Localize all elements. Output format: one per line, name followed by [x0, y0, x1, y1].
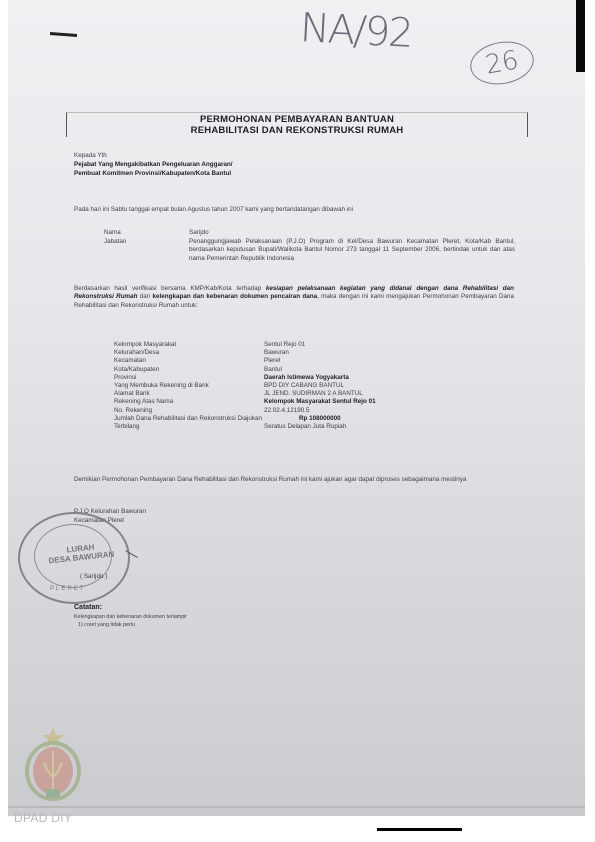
detail-value: Sentul Rejo 01	[264, 341, 305, 348]
notes-line-2: 1) coret yang tidak perlu	[78, 621, 135, 629]
signatory-name: ( Sarijdo )	[80, 573, 107, 581]
official-stamp: LURAHDESA BAWURAN PLERET	[18, 512, 130, 604]
detail-value: Pleret	[264, 357, 280, 364]
name-label: Nama	[104, 229, 121, 237]
binder-tab	[576, 0, 585, 72]
detail-label: No. Rekening	[114, 407, 152, 414]
detail-label: Rekening Atas Nama	[114, 398, 173, 405]
handwritten-code: NA/92	[299, 5, 413, 57]
detail-value: Seratus Delapan Juta Rupiah	[264, 423, 346, 430]
scanned-page: NA/92 26 PERMOHONAN PEMBAYARAN BANTUAN R…	[8, 0, 585, 816]
handwritten-page-number: 26	[467, 37, 537, 89]
salutation: Kepada Yth	[74, 152, 107, 160]
detail-label: Kecamatan	[114, 357, 146, 364]
detail-label: Kelurahan/Desa	[114, 349, 159, 356]
title-line-2: REHABILITASI DAN REKONSTRUKSI RUMAH	[67, 125, 527, 136]
detail-label: Jumlah Dana Rehabilitasi dan Rekonstruks…	[114, 415, 262, 422]
detail-value: Bantul	[264, 366, 282, 373]
position-label: Jabatan	[104, 238, 126, 246]
detail-value: JL JEND. SUDIRMAN 2 A BANTUL	[264, 390, 363, 397]
detail-value: BPD DIY CABANG BANTUL	[264, 382, 344, 389]
notes-heading: Catatan:	[74, 604, 102, 612]
addressee-line-1: Pejabat Yang Mengakibatkan Pengeluaran A…	[74, 161, 233, 169]
scale-bar	[377, 828, 462, 831]
title-line-1: PERMOHONAN PEMBAYARAN BANTUAN	[67, 114, 527, 125]
government-emblem-icon	[22, 727, 84, 803]
name-value: Sarijdo	[189, 229, 209, 237]
position-value: Penanggungjawab Pelaksanaan (P.J.O) Prog…	[189, 238, 515, 263]
opening-sentence: Pada hari ini Sabtu tanggal empat bulan …	[74, 206, 353, 214]
document-title: PERMOHONAN PEMBAYARAN BANTUAN REHABILITA…	[66, 112, 528, 137]
detail-value: 22.02.4.12190.5	[264, 407, 310, 414]
detail-label: Alamat Bank	[114, 390, 150, 397]
detail-value: Daerah Istimewa Yogyakarta	[264, 374, 349, 381]
detail-label: Terbilang	[114, 423, 140, 430]
closing-paragraph: Demikian Permohonan Pembayaran Dana Reha…	[74, 476, 504, 484]
detail-value: Bawuran	[264, 349, 289, 356]
detail-label: Kelompok Masyarakat	[114, 341, 176, 348]
detail-label: Kota/Kabupaten	[114, 366, 159, 373]
body-paragraph: Berdasarkan hasil verifikasi bersama KMP…	[74, 285, 514, 310]
pen-mark	[50, 32, 77, 37]
addressee-line-2: Pembuat Komitmen Provinsi/Kabupaten/Kota…	[74, 170, 231, 178]
detail-label: Yang Membuka Rekening di Bank	[114, 382, 209, 389]
detail-value: Kelompok Masyarakat Sentul Rejo 01	[264, 398, 376, 405]
detail-label: Provinsi	[114, 374, 136, 381]
watermark: DPAD DIY	[14, 811, 72, 825]
detail-value: Rp 108000000	[299, 415, 341, 422]
